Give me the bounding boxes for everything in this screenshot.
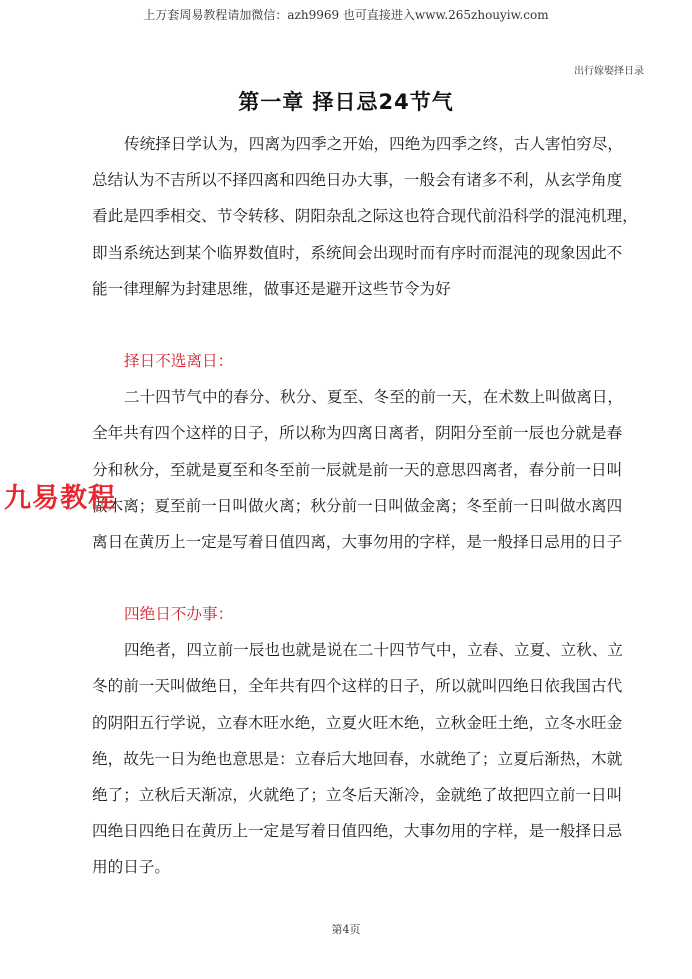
paragraph-line: 能一律理解为封建思维，做事还是避开这些节令为好 [92, 271, 640, 307]
paragraph-line: 传统择日学认为，四离为四季之开始，四绝为四季之终，古人害怕穷尽， [92, 126, 640, 162]
section-jue-days: 四绝日不办事： 四绝者，四立前一辰也也就是说在二十四节气中，立春、立夏、立秋、立… [92, 596, 640, 886]
paragraph-line: 绝，故先一日为绝也意思是：立春后大地回春，水就绝了；立夏后渐热，木就 [92, 741, 640, 777]
paragraph-line: 离日在黄历上一定是写着日值四离，大事勿用的字样，是一般择日忌用的日子 [92, 524, 640, 560]
watermark-logo: 九易教程 [4, 476, 116, 515]
chapter-title: 第一章 择日忌24节气 [0, 86, 692, 116]
section-heading: 择日不选离日： [92, 343, 640, 379]
running-header: 出行嫁娶择日录 [574, 62, 644, 77]
paragraph-line: 即当系统达到某个临界数值时，系统间会出现时而有序时而混沌的现象因此不 [92, 235, 640, 271]
paragraph-line: 的阴阳五行学说，立春木旺水绝，立夏火旺木绝，立秋金旺土绝，立冬水旺金 [92, 705, 640, 741]
paragraph-line: 全年共有四个这样的日子，所以称为四离日离者，阴阳分至前一辰也分就是春 [92, 415, 640, 451]
paragraph-line: 绝了；立秋后天渐凉，火就绝了；立冬后天渐冷，金就绝了故把四立前一日叫 [92, 777, 640, 813]
paragraph-line: 总结认为不吉所以不择四离和四绝日办大事，一般会有诸多不利，从玄学角度 [92, 162, 640, 198]
paragraph-line: 用的日子。 [92, 849, 640, 885]
section-heading: 四绝日不办事： [92, 596, 640, 632]
paragraph-line: 冬的前一天叫做绝日，全年共有四个这样的日子，所以就叫四绝日依我国古代 [92, 668, 640, 704]
page-number: 第4页 [0, 921, 692, 937]
paragraph-line: 四绝者，四立前一辰也也就是说在二十四节气中，立春、立夏、立秋、立 [92, 632, 640, 668]
paragraph-line: 看此是四季相交、节令转移、阴阳杂乱之际这也符合现代前沿科学的混沌机理， [92, 198, 640, 234]
paragraph-line: 分和秋分，至就是夏至和冬至前一辰就是前一天的意思四离者，春分前一日叫 [92, 452, 640, 488]
promo-banner: 上万套周易教程请加微信：azh9969 也可直接进入www.265zhouyiw… [0, 6, 692, 23]
section-li-days: 择日不选离日： 二十四节气中的春分、秋分、夏至、冬至的前一天，在术数上叫做离日，… [92, 343, 640, 560]
paragraph-line: 做木离；夏至前一日叫做火离；秋分前一日叫做金离；冬至前一日叫做水离四 [92, 488, 640, 524]
paragraph-line: 四绝日四绝日在黄历上一定是写着日值四绝，大事勿用的字样，是一般择日忌 [92, 813, 640, 849]
paragraph-line: 二十四节气中的春分、秋分、夏至、冬至的前一天，在术数上叫做离日， [92, 379, 640, 415]
intro-paragraph: 传统择日学认为，四离为四季之开始，四绝为四季之终，古人害怕穷尽， 总结认为不吉所… [92, 126, 640, 307]
